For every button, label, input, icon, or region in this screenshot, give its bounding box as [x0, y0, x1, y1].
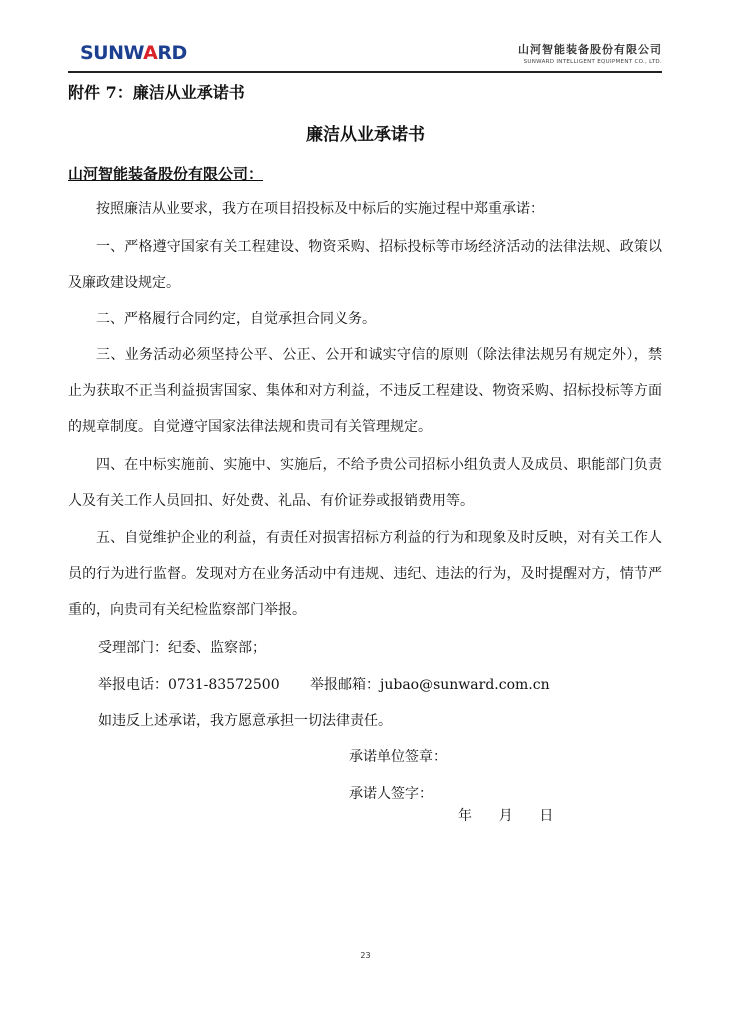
signature-date: 年 月 日	[458, 805, 553, 825]
logo-accent: A	[143, 42, 157, 64]
clause-1: 一、严格遵守国家有关工程建设、物资采购、招标投标等市场经济活动的法律法规、政策以…	[68, 229, 662, 301]
signature-person: 承诺人签字：	[349, 783, 433, 803]
document-title: 廉洁从业承诺书	[0, 120, 731, 145]
company-name-cn: 山河智能装备股份有限公司	[518, 41, 662, 57]
sunward-logo: SUNWARD	[80, 42, 187, 64]
contact-email: 举报邮箱：jubao@sunward.com.cn	[310, 674, 550, 694]
logo-text-end: RD	[157, 42, 186, 64]
clause-2: 二、严格履行合同约定，自觉承担合同义务。	[68, 301, 662, 337]
attachment-label: 附件 7：廉洁从业承诺书	[68, 80, 245, 103]
company-name-en: SUNWARD INTELLIGENT EQUIPMENT CO., LTD.	[518, 59, 662, 65]
closing-statement: 如违反上述承诺，我方愿意承担一切法律责任。	[98, 710, 392, 730]
addressee: 山河智能装备股份有限公司：	[68, 163, 263, 184]
contact-department: 受理部门：纪委、监察部；	[98, 637, 266, 657]
signature-unit: 承诺单位签章：	[349, 746, 447, 766]
page-header: SUNWARD 山河智能装备股份有限公司 SUNWARD INTELLIGENT…	[68, 36, 662, 70]
company-block: 山河智能装备股份有限公司 SUNWARD INTELLIGENT EQUIPME…	[518, 41, 662, 65]
logo-text: SUNW	[80, 42, 143, 64]
header-divider	[68, 71, 662, 73]
contact-phone: 举报电话：0731-83572500	[98, 674, 280, 694]
page-number: 23	[0, 951, 731, 960]
intro-paragraph: 按照廉洁从业要求，我方在项目招投标及中标后的实施过程中郑重承诺：	[68, 191, 662, 227]
clause-5: 五、自觉维护企业的利益，有责任对损害招标方利益的行为和现象及时反映，对有关工作人…	[68, 520, 662, 628]
clause-4: 四、在中标实施前、实施中、实施后，不给予贵公司招标小组负责人及成员、职能部门负责…	[68, 447, 662, 519]
clause-3: 三、业务活动必须坚持公平、公正、公开和诚实守信的原则（除法律法规另有规定外），禁…	[68, 337, 662, 445]
